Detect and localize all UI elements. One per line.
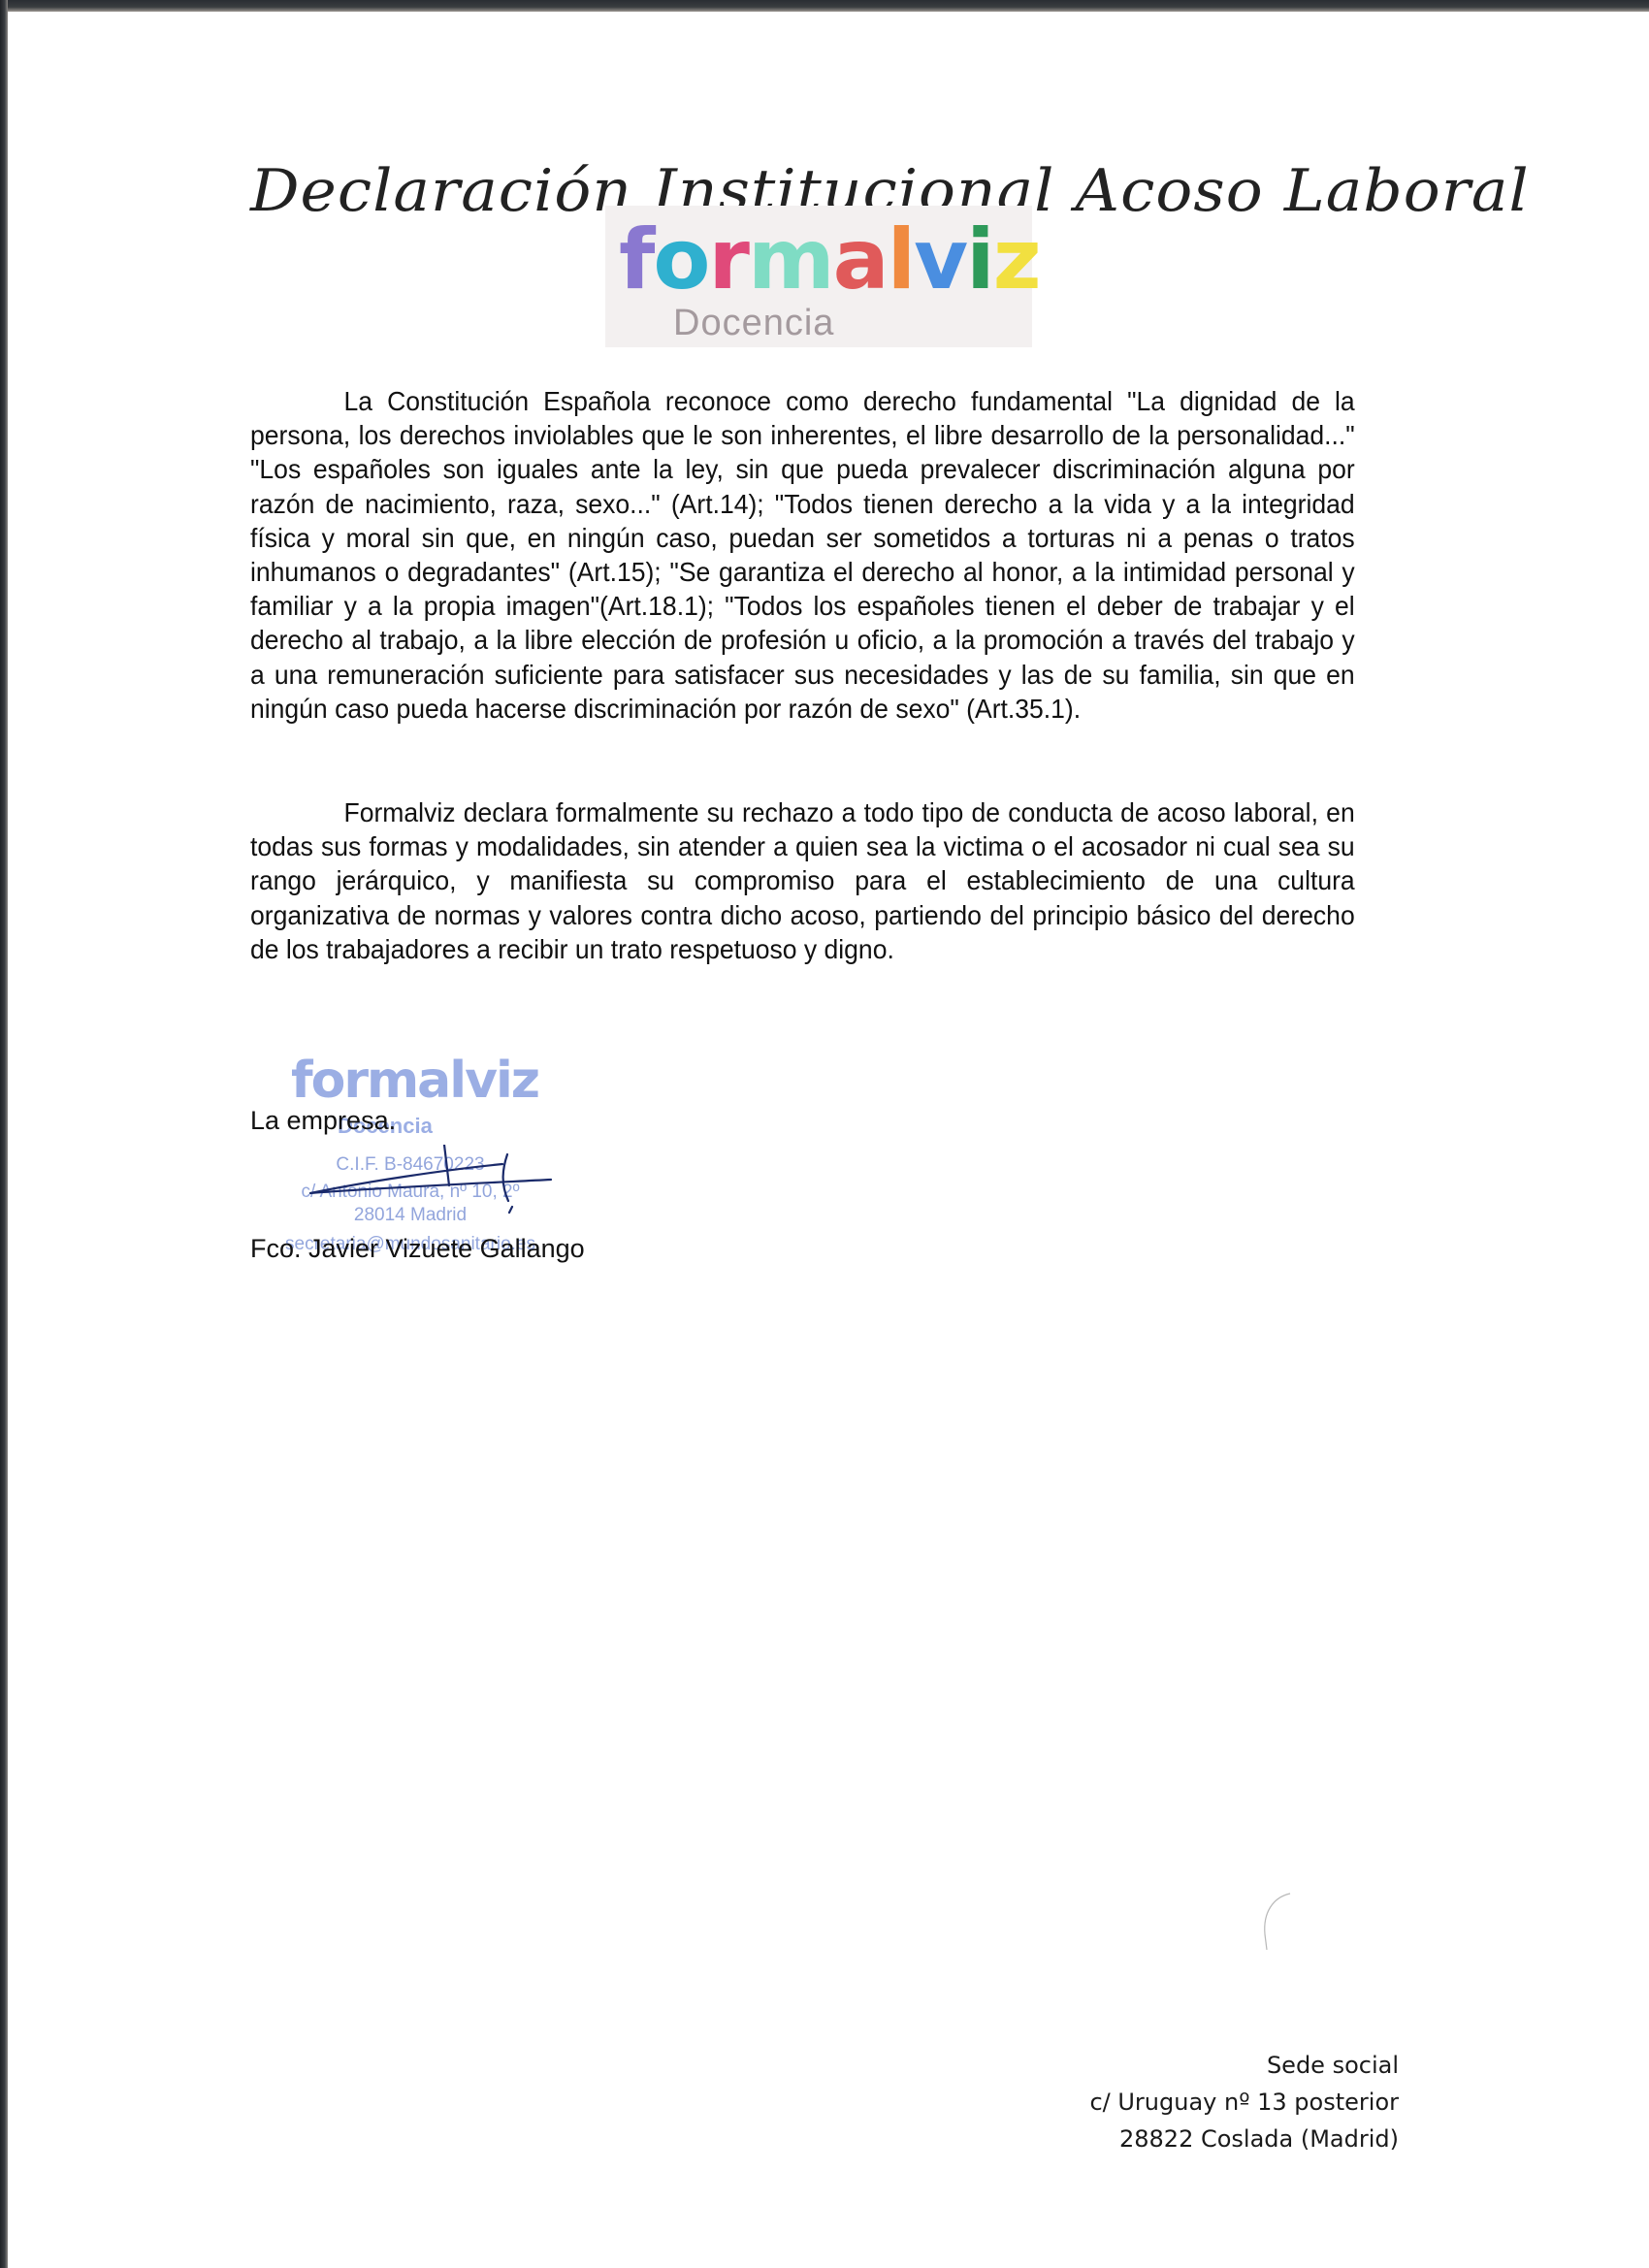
logo-letter: r [709,211,748,308]
logo-letter: f [619,211,653,308]
logo-letter: i [966,211,992,308]
handwritten-signature [308,1145,561,1222]
paragraph-text: La Constitución Española reconoce como d… [250,384,1355,726]
company-label: La empresa. [250,1106,396,1136]
footer-line: 28822 Coslada (Madrid) [1089,2121,1399,2157]
logo-letter: v [914,211,966,308]
signer-name: Fco. Javier Vizuete Gallango [250,1234,585,1264]
logo-letter: o [653,211,708,308]
scan-top-edge [0,0,1649,12]
signature-block: formalviz Docencia C.I.F. B-84670223 c/ … [250,1048,687,1290]
paragraph-constitution: La Constitución Española reconoce como d… [250,384,1355,726]
logo-wordmark: formalviz [619,211,1040,308]
footer-address: Sede social c/ Uruguay nº 13 posterior 2… [1089,2047,1399,2157]
paragraph-declaration: Formalviz declara formalmente su rechazo… [250,795,1355,966]
logo-letter: l [888,211,914,308]
stamp-logo: formalviz [291,1052,538,1110]
footer-line: Sede social [1089,2047,1399,2084]
company-logo: formalviz Docencia [605,206,1032,347]
footer-line: c/ Uruguay nº 13 posterior [1089,2084,1399,2121]
logo-letter: m [748,211,833,308]
scan-left-edge [0,0,8,2268]
scan-artifact-mark [1261,1890,1300,1958]
logo-subtitle: Docencia [673,303,834,344]
logo-letter: z [993,211,1040,308]
logo-letter: a [833,211,888,308]
paragraph-text: Formalviz declara formalmente su rechazo… [250,795,1355,966]
